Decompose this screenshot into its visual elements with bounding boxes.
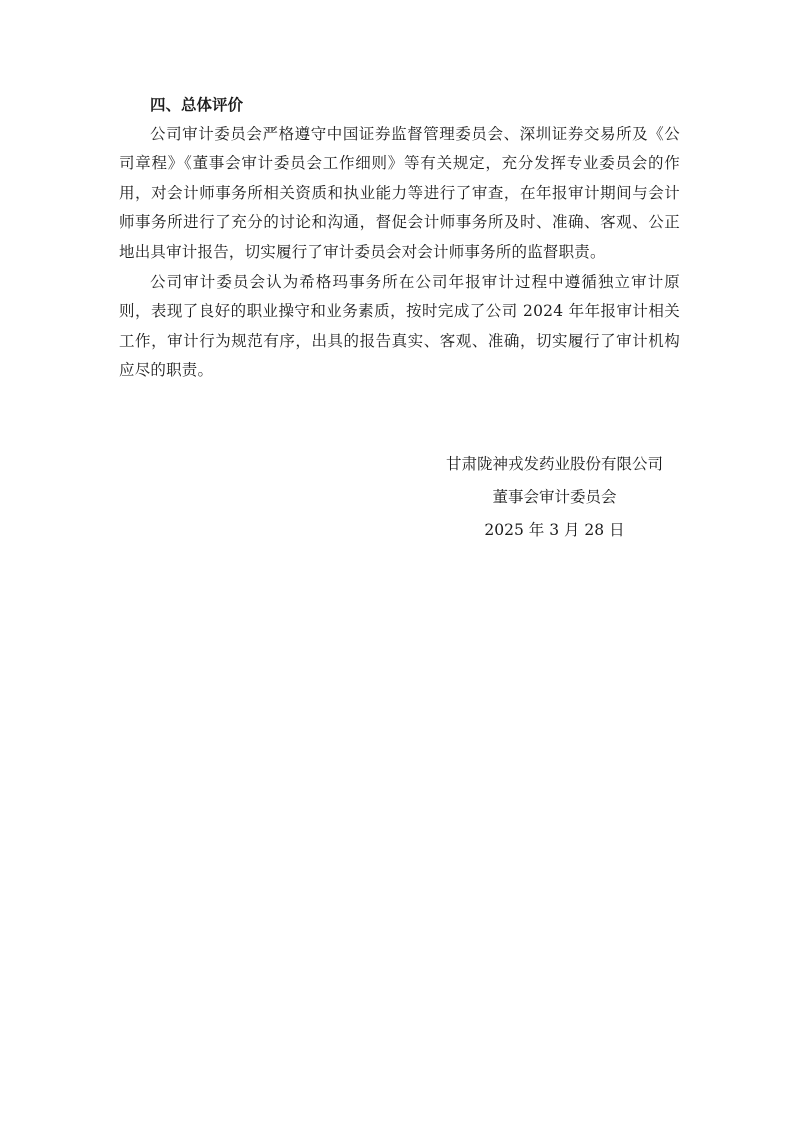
section-heading: 四、总体评价	[119, 90, 680, 120]
paragraph-auditor-evaluation: 公司审计委员会认为希格玛事务所在公司年报审计过程中遵循独立审计原则，表现了良好的…	[119, 268, 680, 386]
document-content: 四、总体评价 公司审计委员会严格遵守中国证券监督管理委员会、深圳证券交易所及《公…	[119, 90, 680, 547]
paragraph-audit-supervision: 公司审计委员会严格遵守中国证券监督管理委员会、深圳证券交易所及《公司章程》《董事…	[119, 120, 680, 268]
signature-committee-name: 董事会审计委员会	[446, 481, 663, 514]
signature-company-name: 甘肃陇神戎发药业股份有限公司	[446, 448, 663, 481]
signature-block: 甘肃陇神戎发药业股份有限公司 董事会审计委员会 2025 年 3 月 28 日	[446, 448, 663, 547]
document-page: 四、总体评价 公司审计委员会严格遵守中国证券监督管理委员会、深圳证券交易所及《公…	[0, 0, 794, 1122]
signature-date: 2025 年 3 月 28 日	[446, 514, 663, 547]
